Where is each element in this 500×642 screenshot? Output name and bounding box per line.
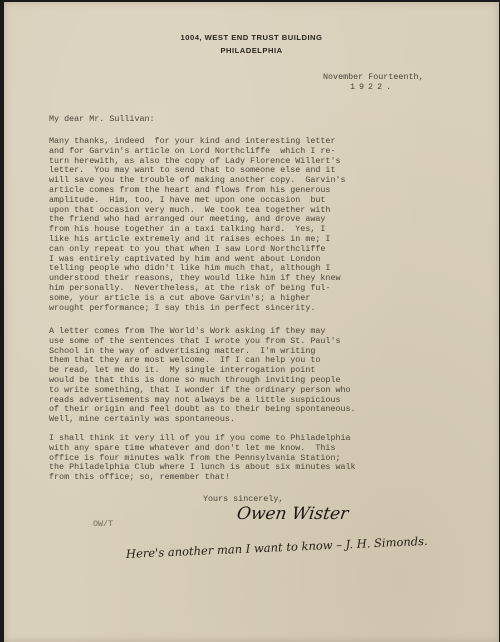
letterhead-address: 1004, WEST END TRUST BUILDING (4, 33, 499, 42)
handwritten-note: Here's another man I want to know – J. H… (126, 534, 428, 561)
salutation: My dear Mr. Sullivan: (49, 115, 155, 125)
typist-initials: OW/T (93, 520, 113, 530)
body-paragraph-2: A letter comes from The World's Work ask… (49, 327, 356, 425)
letter-page: 1004, WEST END TRUST BUILDING PHILADELPH… (4, 2, 499, 642)
body-paragraph-3: I shall think it very ill of you if you … (49, 434, 356, 483)
date-year: 1922. (350, 83, 395, 93)
body-paragraph-1: Many thanks, indeed for your kind and in… (49, 137, 346, 313)
signature: Owen Wister (236, 504, 350, 524)
letterhead-city: PHILADELPHIA (4, 46, 499, 55)
